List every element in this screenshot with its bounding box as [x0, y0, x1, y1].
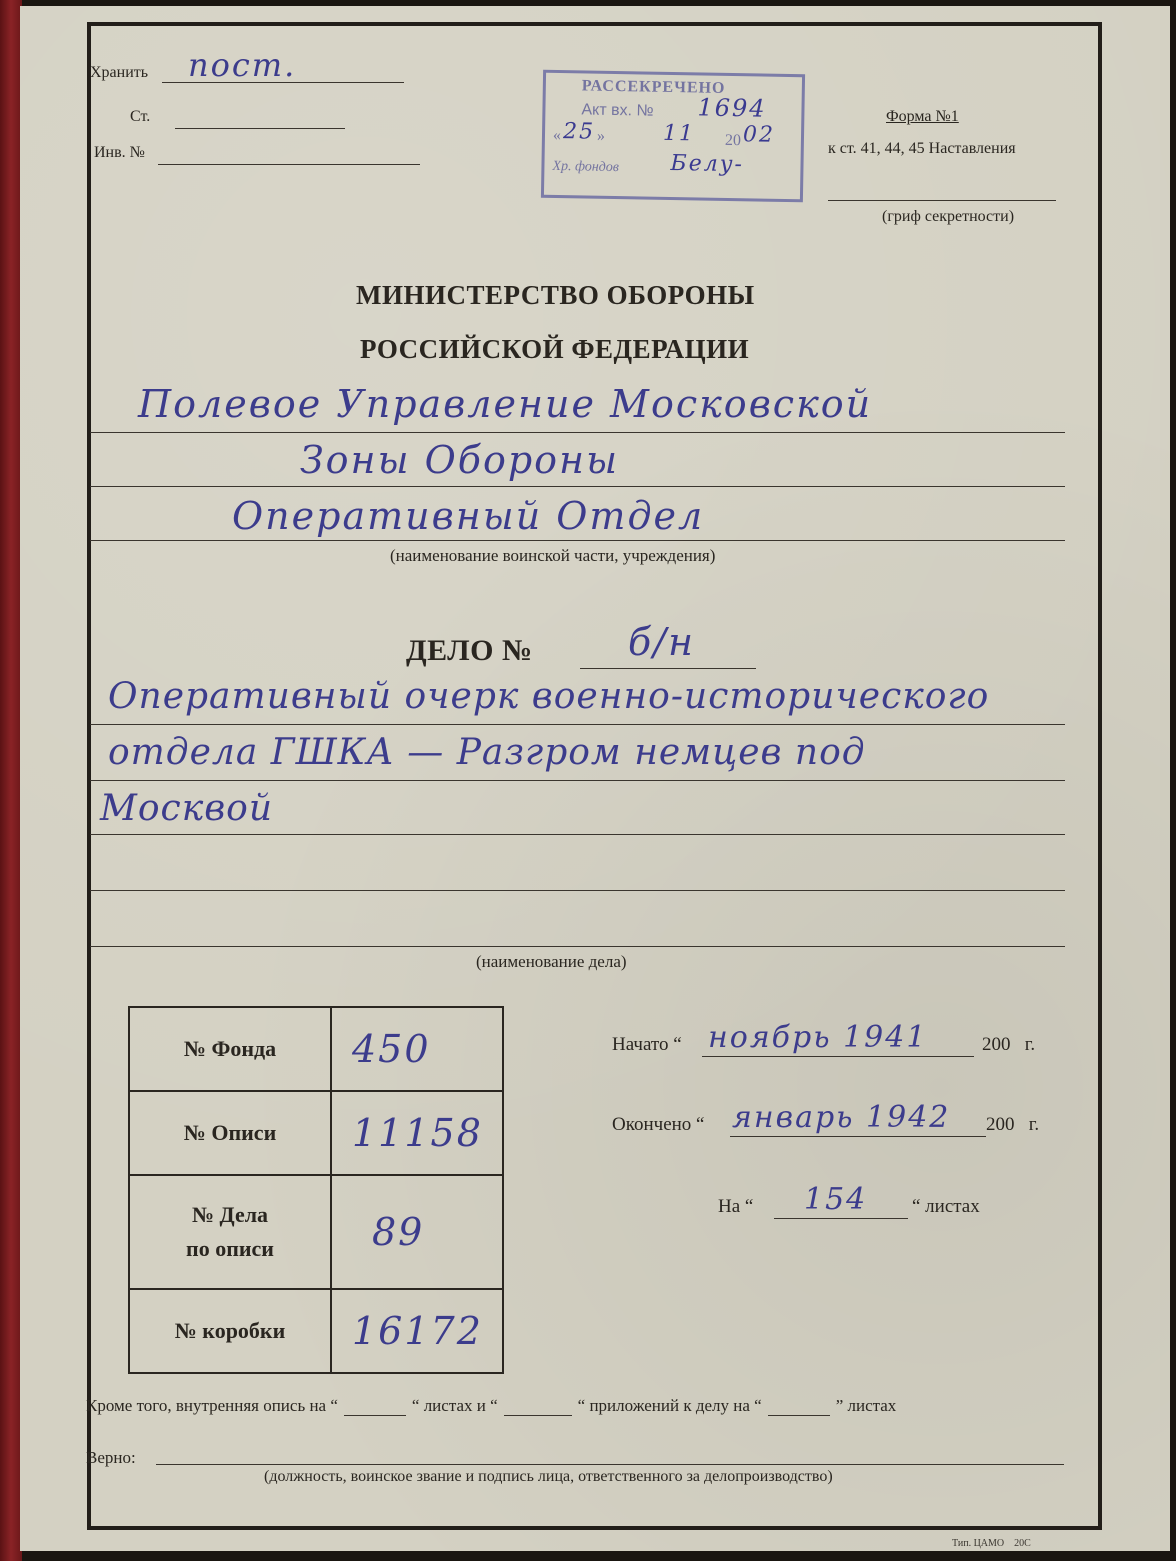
- article-field[interactable]: [175, 110, 345, 129]
- verified-label: Верно:: [86, 1448, 136, 1468]
- inventory-text-4: ” листах: [836, 1396, 897, 1416]
- unit-value-1: Полевое Управление Московской: [138, 382, 872, 426]
- opis-value[interactable]: 11158: [331, 1091, 503, 1175]
- table-row: № Дела по описи 89: [129, 1175, 503, 1289]
- folder-cover: Хранить пост. Ст. Инв. № РАССЕКРЕЧЕНО Ак…: [20, 6, 1170, 1551]
- unit-value-3: Оперативный Отдел: [232, 494, 704, 538]
- delo-number: 89: [372, 1210, 424, 1254]
- secrecy-field[interactable]: [828, 188, 1056, 201]
- sheets-value: 154: [804, 1182, 867, 1217]
- stamp-year-suffix: 02: [743, 122, 775, 148]
- case-label: ДЕЛО №: [406, 634, 533, 668]
- table-row: № коробки 16172: [129, 1289, 503, 1373]
- fond-label: № Фонда: [129, 1007, 331, 1091]
- printer-mark: Тип. ЦАМО 20С: [952, 1538, 1031, 1549]
- stamp-date-day: 25: [563, 119, 595, 145]
- case-title-3: Москвой: [100, 788, 273, 829]
- case-title-1: Оперативный очерк военно-исторического: [108, 676, 989, 717]
- inventory-sheets-field[interactable]: [344, 1401, 406, 1416]
- red-binding-spine: [0, 0, 22, 1561]
- inventory-text-1: Кроме того, внутренняя опись на “: [86, 1396, 338, 1416]
- case-title-line-5[interactable]: [90, 904, 1065, 947]
- sheets-suffix: “ листах: [912, 1196, 980, 1218]
- attachments-field[interactable]: [504, 1401, 572, 1416]
- case-title-line-4[interactable]: [90, 848, 1065, 891]
- stamp-keeper-signature: Белу-: [670, 151, 744, 177]
- box-value[interactable]: 16172: [331, 1289, 503, 1373]
- case-caption: (наименование дела): [476, 952, 627, 972]
- unit-value-2: Зоны Обороны: [300, 438, 619, 482]
- ministry-line-1: МИНИСТЕРСТВО ОБОРОНЫ: [356, 280, 755, 311]
- attachment-sheets-field[interactable]: [768, 1401, 830, 1416]
- inventory-field[interactable]: [158, 146, 420, 165]
- table-row: № Описи 11158: [129, 1091, 503, 1175]
- keep-label: Хранить: [90, 64, 148, 82]
- fond-number: 450: [352, 1027, 431, 1071]
- sheets-label: На “: [718, 1196, 753, 1218]
- stamp-year-prefix: 20: [725, 132, 741, 150]
- secrecy-caption: (гриф секретности): [882, 208, 1014, 226]
- delo-label: № Дела по описи: [129, 1175, 331, 1289]
- inventory-text-2: “ листах и “: [412, 1396, 498, 1416]
- opis-label: № Описи: [129, 1091, 331, 1175]
- ended-value: январь 1942: [732, 1100, 950, 1135]
- ended-label: Окончено “: [612, 1114, 705, 1136]
- box-number: 16172: [352, 1309, 483, 1353]
- started-label: Начато “: [612, 1034, 682, 1056]
- form-reference: к ст. 41, 44, 45 Наставления: [828, 140, 1016, 158]
- case-title-2: отдела ГШКА — Разгром немцев под: [108, 732, 866, 773]
- form-label: Форма №1: [886, 108, 959, 126]
- stamp-act-number: 1694: [697, 93, 767, 122]
- article-label: Ст.: [130, 108, 150, 126]
- ministry-line-2: РОССИЙСКОЙ ФЕДЕРАЦИИ: [360, 334, 749, 365]
- delo-value[interactable]: 89: [331, 1175, 503, 1289]
- stamp-act-label: Акт вх. №: [581, 101, 653, 120]
- case-number: б/н: [628, 620, 695, 664]
- declassified-stamp: РАССЕКРЕЧЕНО Акт вх. № 1694 « 25 » 11 20…: [541, 70, 805, 203]
- started-value: ноябрь 1941: [708, 1020, 927, 1055]
- inventory-line: Кроме того, внутренняя опись на “ “ лист…: [86, 1396, 896, 1416]
- verified-signature-field[interactable]: [156, 1446, 1064, 1465]
- inventory-label: Инв. №: [94, 144, 145, 162]
- unit-caption: (наименование воинской части, учреждения…: [390, 546, 715, 566]
- opis-number: 11158: [352, 1111, 483, 1155]
- fond-value[interactable]: 450: [331, 1007, 503, 1091]
- keep-value: пост.: [188, 46, 296, 84]
- started-suffix: 200 г.: [982, 1034, 1035, 1056]
- inventory-text-3: “ приложений к делу на “: [578, 1396, 762, 1416]
- stamp-keeper-label: Хр. фондов: [552, 159, 619, 176]
- verified-caption: (должность, воинское звание и подпись ли…: [264, 1468, 833, 1486]
- archive-info-table: № Фонда 450 № Описи 11158 № Дела по опис…: [128, 1006, 504, 1374]
- ended-suffix: 200 г.: [986, 1114, 1039, 1136]
- box-label: № коробки: [129, 1289, 331, 1373]
- stamp-date-month: 11: [663, 121, 695, 147]
- table-row: № Фонда 450: [129, 1007, 503, 1091]
